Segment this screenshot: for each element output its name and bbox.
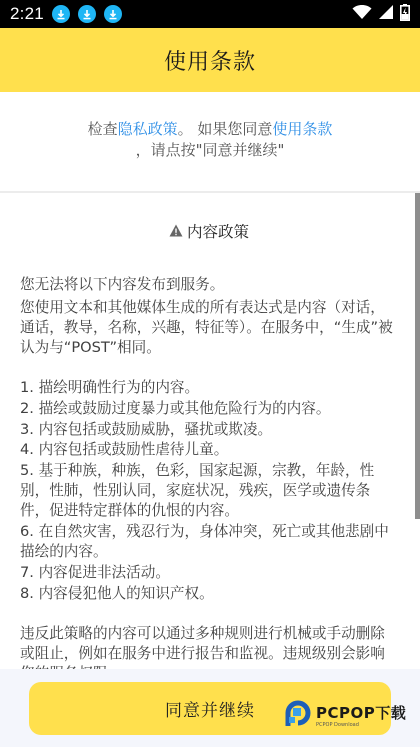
download-icon (52, 5, 70, 23)
watermark-brand: PCPOP下载 (316, 706, 406, 721)
section-header: 内容政策 (20, 222, 398, 242)
policy-intro: 您无法将以下内容发布到服务。 您使用文本和其他媒体生成的所有表达式是内容（对话，… (20, 275, 398, 358)
rule-item: 1. 描绘明确性行为的内容。 (20, 378, 398, 398)
pcpop-logo-icon (284, 700, 312, 734)
rule-item: 5. 基于种族，种族，色彩，国家起源，宗教，年龄，性别，性肺，性别认同，家庭状况… (20, 461, 398, 521)
download-icon (78, 5, 96, 23)
watermark-sub: PCPOP Download (316, 723, 406, 728)
content-policy-scroll[interactable]: 内容政策 您无法将以下内容发布到服务。 您使用文本和其他媒体生成的所有表达式是内… (0, 193, 420, 669)
rule-item: 7. 内容促进非法活动。 (20, 563, 398, 583)
consent-notice: 检查隐私政策。 如果您同意使用条款 ，请点按"同意并继续" (0, 92, 420, 191)
notice-prefix: 检查 (88, 120, 118, 138)
status-bar: 2:21 (0, 0, 420, 28)
rule-item: 3. 内容包括或鼓励威胁，骚扰或欺凌。 (20, 420, 398, 440)
status-icons (352, 4, 410, 25)
terms-screen: 2:21 使用条款 检查隐私政策。 如果您同意使用条款 (0, 0, 420, 747)
policy-rules-list: 1. 描绘明确性行为的内容。 2. 描绘或鼓励过度暴力或其他危险行为的内容。 3… (20, 378, 398, 604)
intro-paragraph: 您使用文本和其他媒体生成的所有表达式是内容（对话，通话，教导，名称，兴趣，特征等… (20, 298, 398, 358)
page-title: 使用条款 (164, 45, 256, 76)
privacy-policy-link[interactable]: 隐私政策 (118, 120, 178, 138)
notice-middle: 。 如果您同意 (178, 120, 273, 138)
scrollbar[interactable] (415, 193, 420, 519)
rule-item: 8. 内容侵犯他人的知识产权。 (20, 584, 398, 604)
watermark: PCPOP下载 PCPOP Download (284, 700, 406, 734)
rule-item: 6. 在自然灾害，残忍行为，身体冲突，死亡或其他悲剧中描绘的内容。 (20, 522, 398, 562)
cell-signal-icon (378, 4, 394, 24)
download-icon (104, 5, 122, 23)
rule-item: 2. 描绘或鼓励过度暴力或其他危险行为的内容。 (20, 399, 398, 419)
terms-of-use-link[interactable]: 使用条款 (272, 120, 332, 138)
wifi-icon (352, 4, 372, 24)
section-title: 内容政策 (187, 222, 249, 242)
intro-paragraph: 您无法将以下内容发布到服务。 (20, 275, 398, 295)
notice-suffix: ，请点按"同意并继续" (0, 140, 420, 161)
status-time: 2:21 (10, 4, 44, 24)
warning-icon (169, 222, 183, 242)
watermark-text: PCPOP下载 PCPOP Download (316, 706, 406, 728)
policy-footer: 违反此策略的内容可以通过多种规则进行机械或手动删除或阻止，例如在服务中进行报告和… (20, 624, 398, 669)
battery-charging-icon (400, 4, 410, 25)
app-bar: 使用条款 (0, 28, 420, 92)
rule-item: 4. 内容包括或鼓励性虐待儿童。 (20, 440, 398, 460)
